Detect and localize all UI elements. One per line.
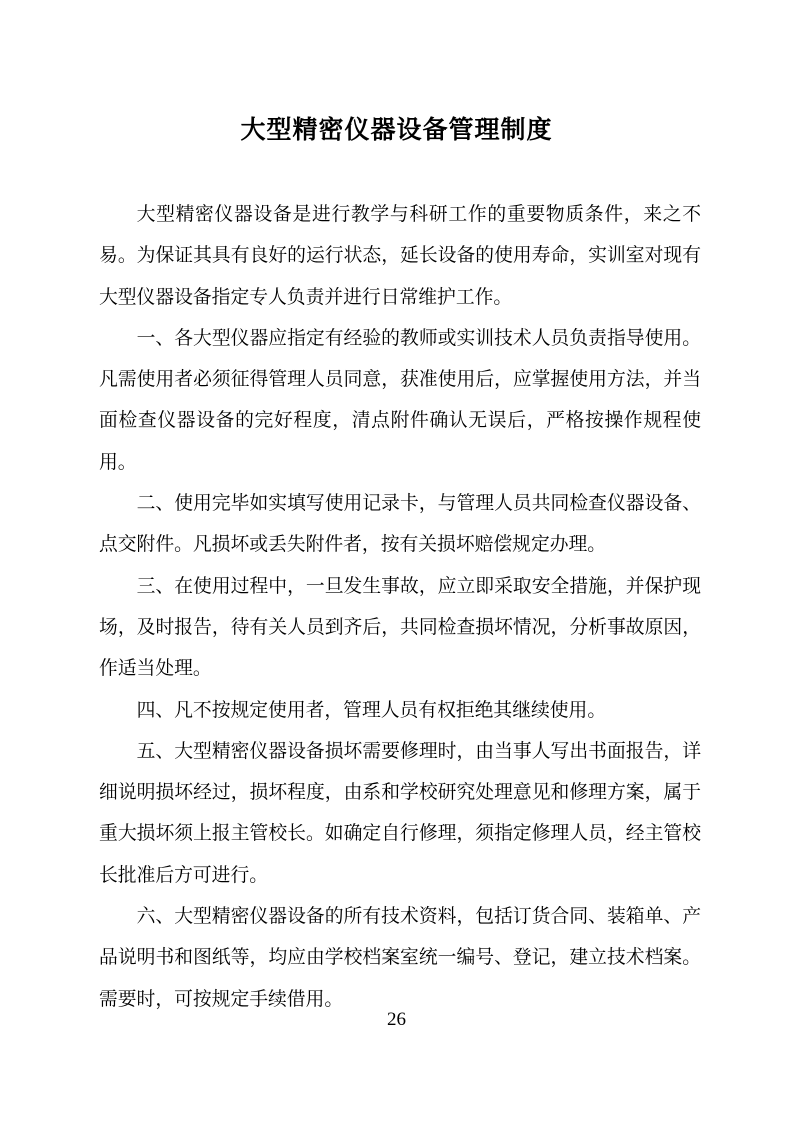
paragraph: 五、大型精密仪器设备损坏需要修理时，由当事人写出书面报告，详细说明损坏经过，损坏… (99, 731, 701, 896)
page-number: 26 (0, 1008, 793, 1032)
document-page: 大型精密仪器设备管理制度 大型精密仪器设备是进行教学与科研工作的重要物质条件，来… (0, 0, 793, 1122)
paragraph: 三、在使用过程中，一旦发生事故，应立即采取安全措施，并保护现场，及时报告，待有关… (99, 566, 701, 690)
paragraph: 二、使用完毕如实填写使用记录卡，与管理人员共同检查仪器设备、点交附件。凡损坏或丢… (99, 483, 701, 566)
page-title: 大型精密仪器设备管理制度 (0, 112, 793, 148)
paragraph: 六、大型精密仪器设备的所有技术资料，包括订货合同、装箱单、产品说明书和图纸等，均… (99, 896, 701, 1020)
document-body: 大型精密仪器设备是进行教学与科研工作的重要物质条件，来之不易。为保证其具有良好的… (99, 194, 701, 1020)
paragraph: 一、各大型仪器应指定有经验的教师或实训技术人员负责指导使用。凡需使用者必须征得管… (99, 318, 701, 483)
paragraph: 四、凡不按规定使用者，管理人员有权拒绝其继续使用。 (99, 690, 701, 731)
paragraph: 大型精密仪器设备是进行教学与科研工作的重要物质条件，来之不易。为保证其具有良好的… (99, 194, 701, 318)
